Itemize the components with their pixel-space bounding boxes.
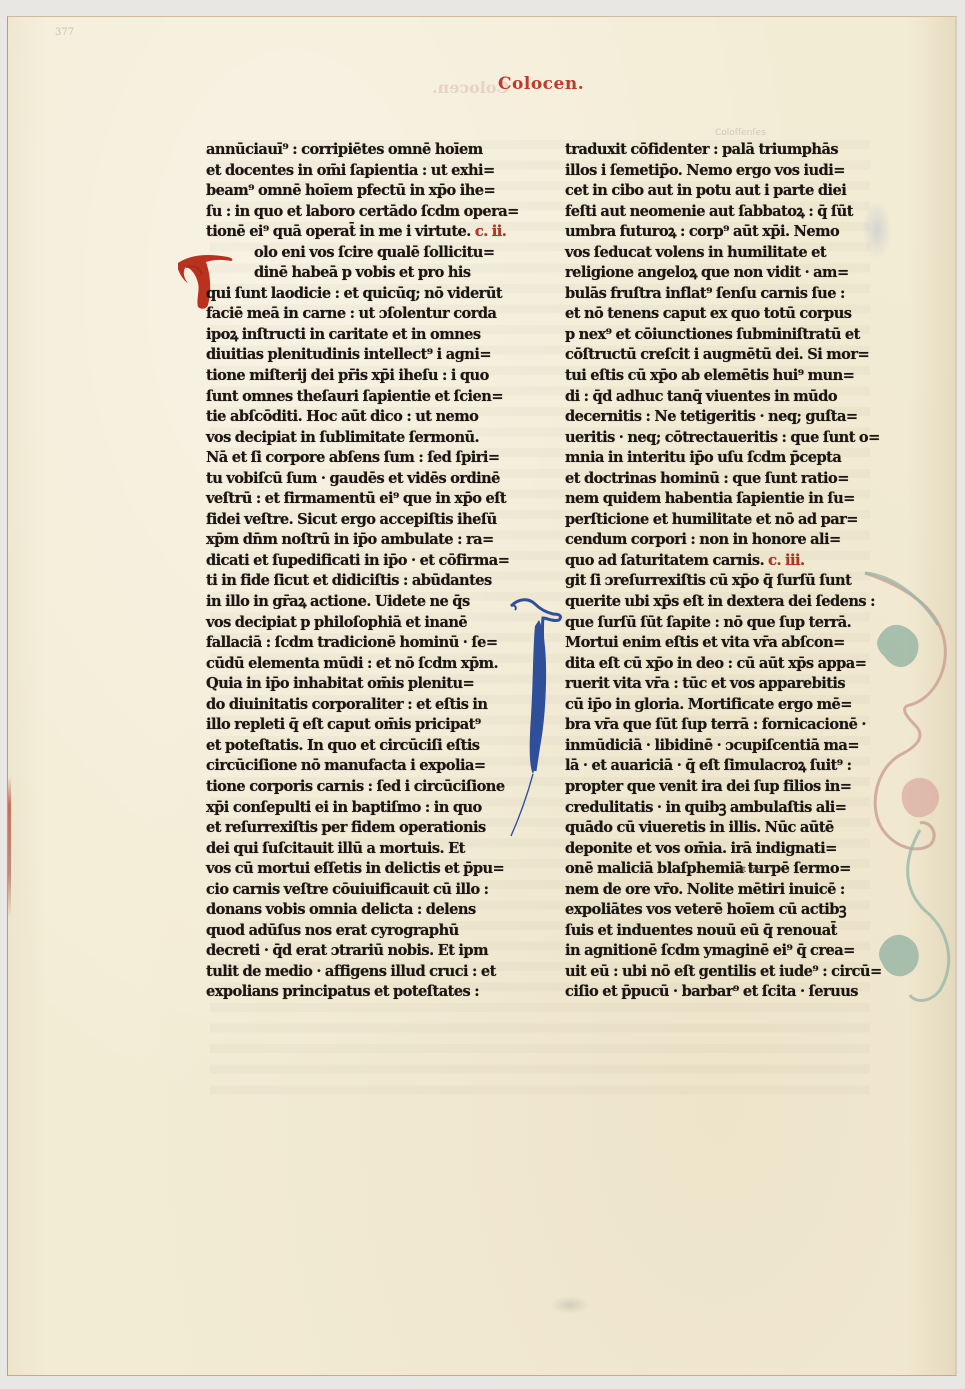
text-line: Mortui enim eſtis et vita vr̄a abſcon=	[565, 633, 865, 654]
text-line: git ſi ɔreſurrexiſtis cū xp̄o q̄ ſurſū ſ…	[565, 571, 865, 592]
text-line: nem quidem habentia ſapientie in ſu=	[565, 489, 865, 510]
text-line: umbra futuroꝝ : corp⁹ aūt xp̄i. Nemo	[565, 222, 865, 243]
text-line: faciē meā in carne : ut ɔſolentur corda	[206, 304, 518, 325]
text-line: decernitis : Ne tetigeritis · neq; guſta…	[565, 407, 865, 428]
text-line: dicati et ſupedificati in ip̄o · et cōfi…	[206, 551, 518, 572]
text-line: cendum corpori : non in honore ali=	[565, 530, 865, 551]
left-edge-rubric-stain	[8, 777, 11, 917]
text-line: expolians principatus et poteſtates :	[206, 982, 518, 1003]
text-line: que ſurſū ſūt ſapite : nō que ſup terrā.	[565, 613, 865, 634]
text-line: di : q̄d adhuc tanq̄ viuentes in mūdo	[565, 387, 865, 408]
text-line: bra vr̄a que ſūt ſup terrā : fornicacion…	[565, 715, 865, 736]
text-line: tulit de medio · affigens illud cruci : …	[206, 962, 518, 983]
text-line: religione angeloꝝ que non vidit · am=	[565, 263, 865, 284]
text-line: ruerit vita vr̄a : tūc et vos apparebiti…	[565, 674, 865, 695]
text-line: cūdū elementa mūdi : et nō ſcdm xp̄m.	[206, 654, 518, 675]
text-line: nem de ore vr̄o. Nolite mētiri inuicē :	[565, 880, 865, 901]
text-line: traduxit cōfidenter : palā triumphās	[565, 140, 865, 161]
text-line: illos i ſemetip̄o. Nemo ergo vos iudi=	[565, 161, 865, 182]
text-line: et docentes in om̄i ſapientia : ut exhi=	[206, 161, 518, 182]
text-line: tie abſcōditi. Hoc aūt dico : ut nemo	[206, 407, 518, 428]
text-line: xp̄m dn̄m noſtrū in ip̄o ambulate : ra=	[206, 530, 518, 551]
text-line: annūciauī⁹ : corripiētes omnē hoīem	[206, 140, 518, 161]
text-line: et reſurrexiſtis per fidem operationis	[206, 818, 518, 839]
text-line: do diuinitatis corporaliter : et eſtis i…	[206, 695, 518, 716]
text-line: vos cū mortui eſſetis in delictis et p̄p…	[206, 859, 518, 880]
text-line: ueritis · neq; cōtrectaueritis : que ſun…	[565, 428, 865, 449]
text-line: dinē habeā p vobis et pro his	[206, 263, 518, 284]
text-line: deponite et vos om̄ia. irā indignati=	[565, 839, 865, 860]
interlinear-gloss: et vos	[738, 865, 762, 874]
text-line: propter que venit ira dei ſup filios in=	[565, 777, 865, 798]
text-line: ti in fide ſicut et didiciſtis : abūdant…	[206, 571, 518, 592]
text-line: et poteſtatis. In quo et circūciſi eſtis	[206, 736, 518, 757]
text-line: olo eni vos ſcire qualē ſollicitu=	[206, 243, 518, 264]
text-column-left: annūciauī⁹ : corripiētes omnē hoīem et d…	[206, 140, 518, 1003]
blue-ink-smudge	[862, 200, 892, 260]
text-line: qui ſunt laodicie : et quicūq; nō viderū…	[206, 284, 518, 305]
pencil-note-top: Coloſſenſes	[715, 128, 766, 138]
text-column-right: traduxit cōfidenter : palā triumphās ill…	[565, 140, 865, 1003]
text-line: Quia in ip̄o inhabitat om̄is plenitu=	[206, 674, 518, 695]
text-line: fidei veſtre. Sicut ergo accepiſtis iheſ…	[206, 510, 518, 531]
text-line: cū ip̄o in gloria. Mortificate ergo mē=	[565, 695, 865, 716]
text-line: quod adūſus nos erat cyrographū	[206, 921, 518, 942]
text-line: ſunt omnes theſauri ſapientie et ſcien=	[206, 387, 518, 408]
text-line: donans vobis omnia delicta : delens	[206, 900, 518, 921]
text-line: ciſio et p̄pucū · barbar⁹ et ſcita · ſer…	[565, 982, 865, 1003]
text-line: tione corporis carnis : ſed i circūciſio…	[206, 777, 518, 798]
text-line: quo ad ſaturitatem carnis. c. iii.	[565, 551, 865, 572]
chapter-rubric: c. iii.	[768, 552, 804, 569]
text-line-content: tionē ei⁹ quā operat̄ in me i virtute.	[206, 223, 471, 240]
text-line: tu vobiſcū ſum · gaudēs et vidēs ordinē	[206, 469, 518, 490]
text-line: dei qui ſuſcitauit illū a mortuis. Et	[206, 839, 518, 860]
text-line: p nex⁹ et cōiunctiones ſubminiſtratū et	[565, 325, 865, 346]
text-line: in agnitionē ſcdm ymaginē ei⁹ q̄ crea=	[565, 941, 865, 962]
text-line: diuitias plenitudinis intellect⁹ i agni=	[206, 345, 518, 366]
text-line: tui eſtis cū xp̄o ab elemētis hui⁹ mun=	[565, 366, 865, 387]
text-line: onē maliciā blaſphemiā turpē ſermo=	[565, 859, 865, 880]
text-line: veſtrū : et firmamentū ei⁹ que in xp̄o e…	[206, 489, 518, 510]
text-line: vos decipiat p philoſophiā et inanē	[206, 613, 518, 634]
text-line: vos decipiat in ſublimitate ſermonū.	[206, 428, 518, 449]
text-line: expoliātes vos veterē hoīem cū actibꝫ	[565, 900, 865, 921]
text-line: illo repleti q̄ eſt caput om̄is pricipat…	[206, 715, 518, 736]
text-line: lā · et auariciā · q̄ eſt ſimulacroꝝ ſui…	[565, 756, 865, 777]
text-line: ipoꝝ inſtructi in caritate et in omnes	[206, 325, 518, 346]
text-line: cōſtructū creſcit i augmētū dei. Si mor=	[565, 345, 865, 366]
text-line: quādo cū viueretis in illis. Nūc aūtē	[565, 818, 865, 839]
text-line: beam⁹ omnē hoīem pfectū in xp̄o ihe=	[206, 181, 518, 202]
text-line: xp̄i conſepulti ei in baptiſmo : in quo	[206, 798, 518, 819]
text-line: credulitatis · in quibꝫ ambulaſtis ali=	[565, 798, 865, 819]
text-line: et doctrinas hominū : que ſunt ratio=	[565, 469, 865, 490]
text-line: cio carnis veſtre cōuiuificauit cū illo …	[206, 880, 518, 901]
bottom-margin-mark	[550, 1296, 590, 1314]
text-line: querite ubi xp̄s eſt in dextera dei ſede…	[565, 592, 865, 613]
text-line: fallaciā : ſcdm tradicionē hominū · ſe=	[206, 633, 518, 654]
text-line: feſti aut neomenie aut ſabbatoꝝ : q̄ ſūt	[565, 202, 865, 223]
text-line: ſuis et induentes nouū eū q̄ renouat̄	[565, 921, 865, 942]
text-line: tionē ei⁹ quā operat̄ in me i virtute. c…	[206, 222, 518, 243]
text-line: cet in cibo aut in potu aut i parte diei	[565, 181, 865, 202]
text-line: mnia in interitu ip̄o uſu ſcdm p̄cepta	[565, 448, 865, 469]
text-line: bulās fruſtra inflat⁹ ſenſu carnis ſue :	[565, 284, 865, 305]
text-line: uit eū : ubi nō eſt gentilis et iude⁹ : …	[565, 962, 865, 983]
pencil-folio-number: 377	[55, 27, 74, 38]
text-line: inmūdiciā · libidinē · ɔcupiſcentiā ma=	[565, 736, 865, 757]
text-line: perſticione et humilitate et nō ad par=	[565, 510, 865, 531]
text-line: et nō tenens caput ex quo totū corpus	[565, 304, 865, 325]
marginal-vine-ornament-icon	[860, 565, 965, 1005]
text-line: circūciſione nō manufacta i expolia=	[206, 756, 518, 777]
chapter-rubric: c. ii.	[475, 223, 506, 240]
text-line: Nā et ſi corpore abſens ſum : ſed ſpiri=	[206, 448, 518, 469]
text-line: decreti · q̄d erat ɔtrariū nobis. Et ipm	[206, 941, 518, 962]
text-line: vos ſeducat volens in humilitate et	[565, 243, 865, 264]
text-line: tione miſterij dei pr̄is xp̄i iheſu : i …	[206, 366, 518, 387]
text-line-content: quo ad ſaturitatem carnis.	[565, 552, 764, 569]
text-line: ſu : in quo et laboro certādo ſcdm opera…	[206, 202, 518, 223]
text-line: dita eſt cū xp̄o in deo : cū aūt xp̄s ap…	[565, 654, 865, 675]
running-head: Colocen.	[498, 74, 584, 94]
text-line: in illo in gr̄aꝝ actione. Uidete ne q̄s	[206, 592, 518, 613]
